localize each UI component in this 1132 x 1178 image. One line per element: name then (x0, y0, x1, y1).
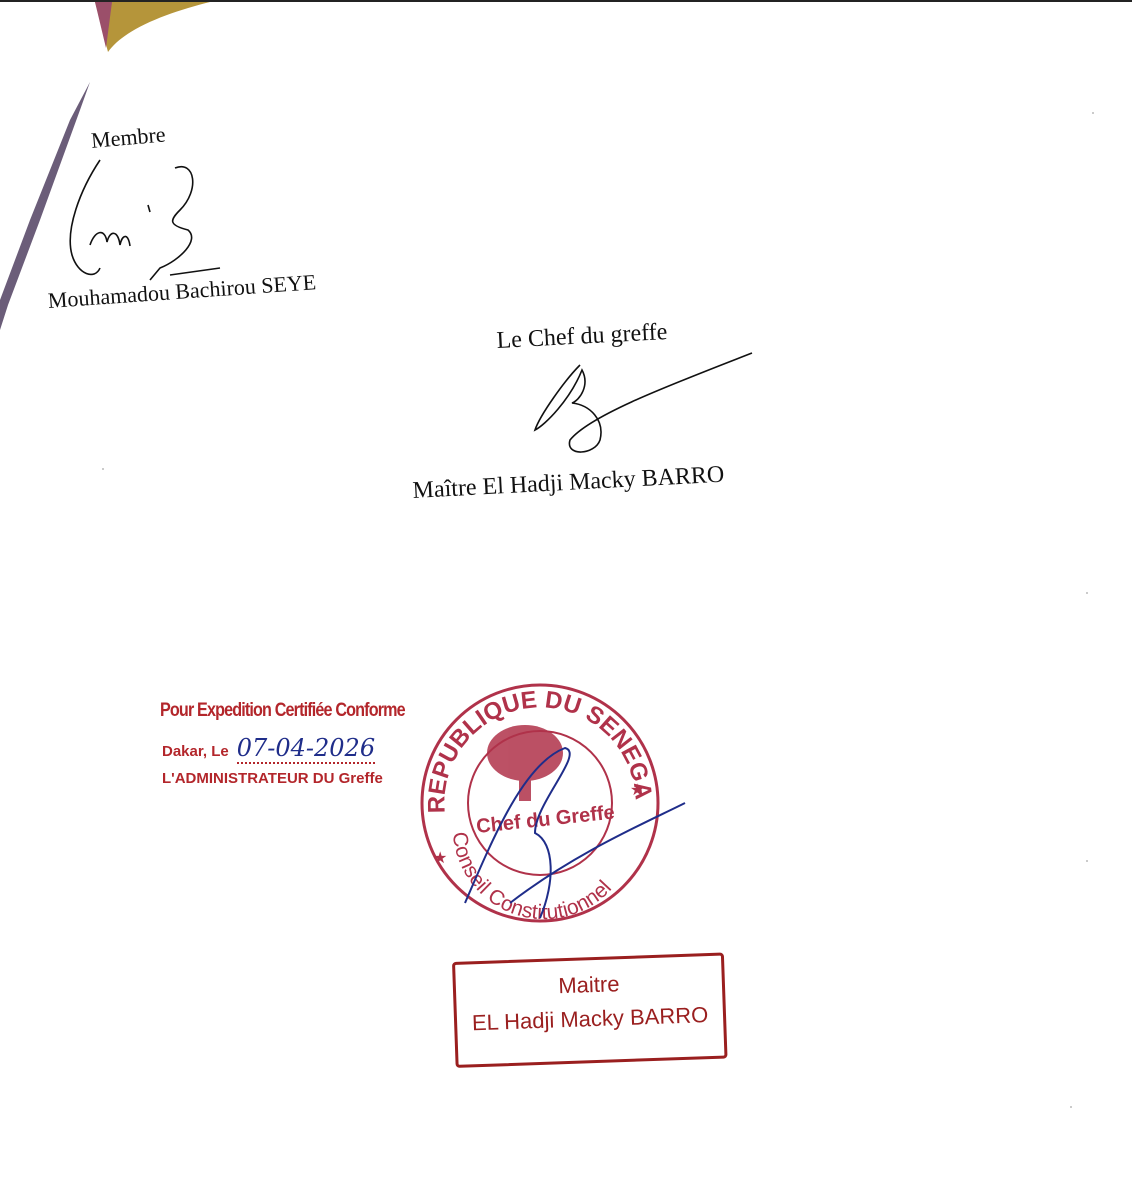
scan-speck (1070, 1106, 1072, 1108)
name-stamp-line1: Maitre (456, 968, 723, 1003)
name-stamp-box: Maitre EL Hadji Macky BARRO (452, 953, 728, 1068)
svg-text:★: ★ (433, 850, 447, 867)
chief-name: Maître El Hadji Macky BARRO (412, 462, 725, 505)
certification-date-line: Dakar, Le 07-04-2026 (162, 734, 375, 762)
certification-line1: Pour Expedition Certifiée Conforme (160, 700, 405, 722)
scan-speck (102, 468, 104, 470)
svg-text:Conseil Constitutionnel: Conseil Constitutionnel (448, 830, 616, 924)
chief-signature (520, 345, 760, 465)
seal-bottom-text: Conseil Constitutionnel (448, 830, 616, 924)
scan-speck (1092, 112, 1094, 114)
republique-seal: REPUBLIQUE DU SENEGAL Conseil Constituti… (415, 683, 665, 923)
certification-line3: L'ADMINISTRATEUR DU Greffe (162, 770, 383, 787)
svg-text:★: ★ (630, 782, 644, 799)
scan-speck (1086, 860, 1088, 862)
certification-date-prefix: Dakar, Le (162, 743, 229, 760)
scan-speck (1086, 592, 1088, 594)
name-stamp-line2: EL Hadji Macky BARRO (457, 1002, 724, 1037)
certification-date-value: 07-04-2026 (237, 734, 375, 764)
